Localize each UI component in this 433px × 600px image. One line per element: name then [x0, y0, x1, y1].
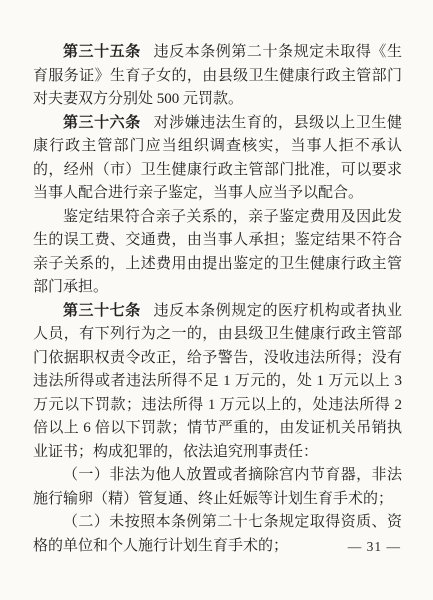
paragraph-text: （一）非法为他人放置或者摘除宫内节育器，非法施行输卵（精）管复通、终止妊娠等计划…	[33, 467, 402, 507]
document-body: 第三十五条违反本条例第二十条规定未取得《生育服务证》生育子女的，由县级卫生健康行…	[33, 41, 402, 558]
paragraph-article-37: 第三十七条违反本条例规定的医疗机构或者执业人员，有下列行为之一的，由县级卫生健康…	[33, 300, 402, 465]
paragraph-appraisal-result: 鉴定结果符合亲子关系的，亲子鉴定费用及因此发生的误工费、交通费，由当事人承担；鉴…	[33, 206, 402, 300]
paragraph-item-1: （一）非法为他人放置或者摘除宫内节育器，非法施行输卵（精）管复通、终止妊娠等计划…	[33, 464, 402, 511]
article-35-term: 第三十五条	[63, 44, 141, 60]
article-37-term: 第三十七条	[63, 303, 141, 319]
paragraph-text: （二）未按照本条例第二十七条规定取得资质、资格的单位和个人施行计划生育手术的；	[33, 514, 402, 554]
article-36-term: 第三十六条	[63, 115, 141, 131]
page-number: — 31 —	[348, 538, 401, 556]
paragraph-article-35: 第三十五条违反本条例第二十条规定未取得《生育服务证》生育子女的，由县级卫生健康行…	[33, 41, 402, 112]
paragraph-article-36: 第三十六条对涉嫌违法生育的，县级以上卫生健康行政主管部门应当组织调查核实，当事人…	[33, 112, 402, 206]
paragraph-text: 违反本条例规定的医疗机构或者执业人员，有下列行为之一的，由县级卫生健康行政主管部…	[33, 303, 402, 460]
paragraph-text: 鉴定结果符合亲子关系的，亲子鉴定费用及因此发生的误工费、交通费，由当事人承担；鉴…	[33, 209, 402, 296]
document-page: 第三十五条违反本条例第二十条规定未取得《生育服务证》生育子女的，由县级卫生健康行…	[0, 0, 433, 600]
paragraph-item-2: （二）未按照本条例第二十七条规定取得资质、资格的单位和个人施行计划生育手术的；	[33, 511, 402, 558]
